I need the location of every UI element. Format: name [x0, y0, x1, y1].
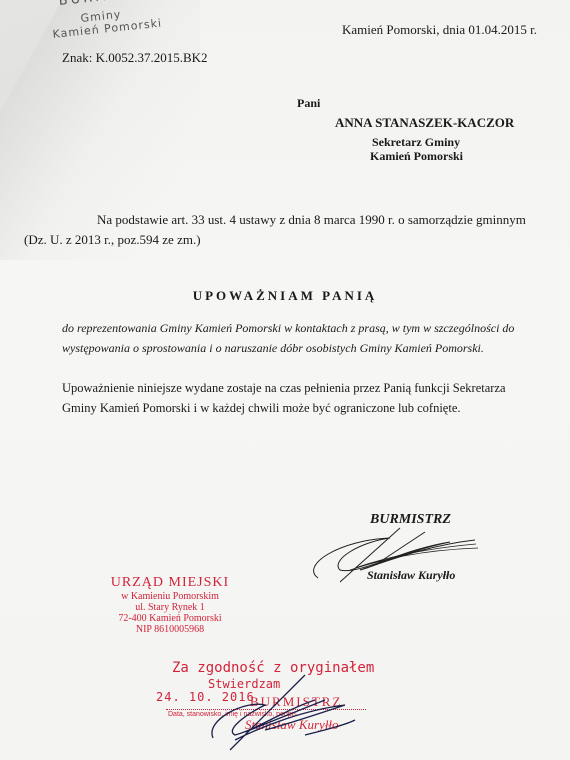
legal-basis-paragraph: Na podstawie art. 33 ust. 4 ustawy z dni…	[24, 210, 544, 250]
salutation: Pani	[297, 96, 320, 111]
office-stamp-title: URZĄD MIEJSKI	[90, 575, 250, 591]
blue-ink-signature	[205, 670, 385, 760]
signatory-name: Stanisław Kuryłło	[367, 568, 455, 583]
addressee-city: Kamień Pomorski	[370, 149, 463, 164]
addressee-name: ANNA STANASZEK-KACZOR	[335, 115, 514, 131]
authorization-paragraph: do reprezentowania Gminy Kamień Pomorski…	[62, 318, 542, 358]
addressee-role: Sekretarz Gminy	[372, 135, 460, 150]
document-heading: UPOWAŻNIAM PANIĄ	[0, 288, 570, 304]
office-stamp-line: NIP 8610005968	[90, 624, 250, 635]
office-stamp: URZĄD MIEJSKI w Kamieniu Pomorskim ul. S…	[90, 575, 250, 635]
office-stamp-line: ul. Stary Rynek 1	[90, 602, 250, 613]
office-stamp-line: w Kamieniu Pomorskim	[90, 591, 250, 602]
handwritten-signature	[300, 520, 480, 595]
office-stamp-line: 72-400 Kamień Pomorski	[90, 613, 250, 624]
reference-number: Znak: K.0052.37.2015.BK2	[62, 50, 208, 66]
validity-paragraph: Upoważnienie niniejsze wydane zostaje na…	[62, 378, 542, 418]
place-date: Kamień Pomorski, dnia 01.04.2015 r.	[342, 22, 537, 38]
